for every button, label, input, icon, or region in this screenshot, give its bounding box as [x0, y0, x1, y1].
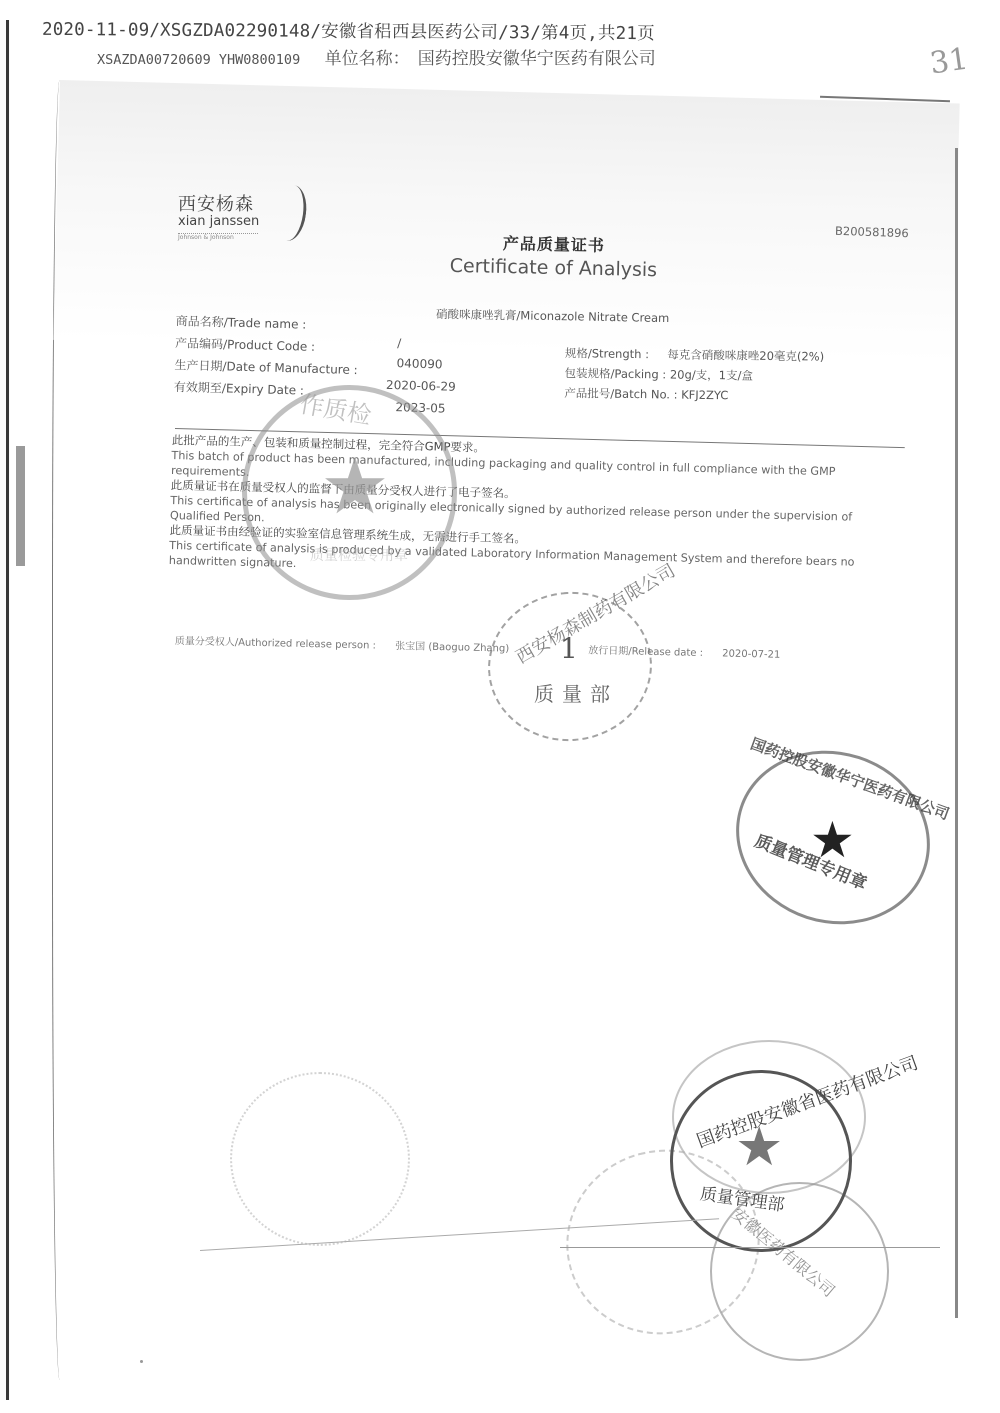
- scan-header-line1: 2020-11-09/XSGZDA02290148/安徽省稆西县医药公司/33/…: [42, 16, 655, 45]
- right-border-rule: [955, 148, 958, 1318]
- title-en: Certificate of Analysis: [450, 255, 658, 281]
- stamp-ghost-faded: [230, 1072, 410, 1246]
- product-code-value: /: [397, 336, 401, 350]
- release-date-value: 2020-07-21: [722, 648, 780, 660]
- document-number: B200581896: [835, 224, 909, 241]
- scan-header-line2: XSAZDA00720609 YHW0800109 单位名称： 国药控股安徽华宁…: [97, 44, 656, 69]
- field-product-code: 产品编码/Product Code :: [175, 334, 315, 355]
- handwritten-page-number: 31: [928, 42, 971, 82]
- scan-speck: [140, 1360, 143, 1363]
- scan-edge-mark: [16, 446, 25, 566]
- scan-edge-left: [6, 20, 9, 1400]
- star-icon: ★: [735, 1120, 783, 1174]
- star-icon: ★: [810, 815, 855, 865]
- field-batch-no: 产品批号/Batch No. : KFJ2ZYC: [564, 385, 824, 409]
- field-date-of-manufacture: 生产日期/Date of Manufacture :: [174, 356, 358, 378]
- title-cn: 产品质量证书: [450, 230, 658, 257]
- logo-tagline: Johnson & Johnson: [178, 233, 258, 241]
- stamp-xian-janssen-quality: [481, 584, 660, 749]
- field-trade-name: 商品名称/Trade name :: [176, 312, 307, 333]
- field-expiry-date: 有效期至/Expiry Date :: [174, 378, 305, 399]
- release-person-label: 质量分受权人/Authorized release person :: [175, 636, 376, 652]
- stamp-1-bottom-text: 质量检验专用章: [310, 545, 408, 565]
- star-icon: ★: [320, 448, 390, 526]
- stamp-2-bottom-text: 质量部: [534, 678, 618, 707]
- manufacture-code-value: 040090: [396, 356, 442, 371]
- logo-name-cn: 西安杨森: [178, 190, 259, 216]
- logo-name-en: xian janssen: [178, 214, 259, 229]
- company-logo: 西安杨森 xian janssen Johnson & Johnson: [178, 190, 259, 241]
- scan-header-unit-label: 单位名称：: [325, 49, 410, 69]
- document-title: 产品质量证书 Certificate of Analysis: [450, 230, 658, 281]
- manufacture-date-value: 2020-06-29: [386, 378, 456, 394]
- scan-header-company: 国药控股安徽华宁医药有限公司: [418, 49, 656, 69]
- paper-fold-line-right: [560, 1247, 940, 1248]
- product-specs: 规格/Strength : 每克含硝酸咪康唑20毫克(2%) 包装规格/Pack…: [564, 345, 824, 409]
- stamp-2-number: 1: [560, 632, 578, 665]
- scan-header-codes: XSAZDA00720609 YHW0800109: [97, 52, 300, 68]
